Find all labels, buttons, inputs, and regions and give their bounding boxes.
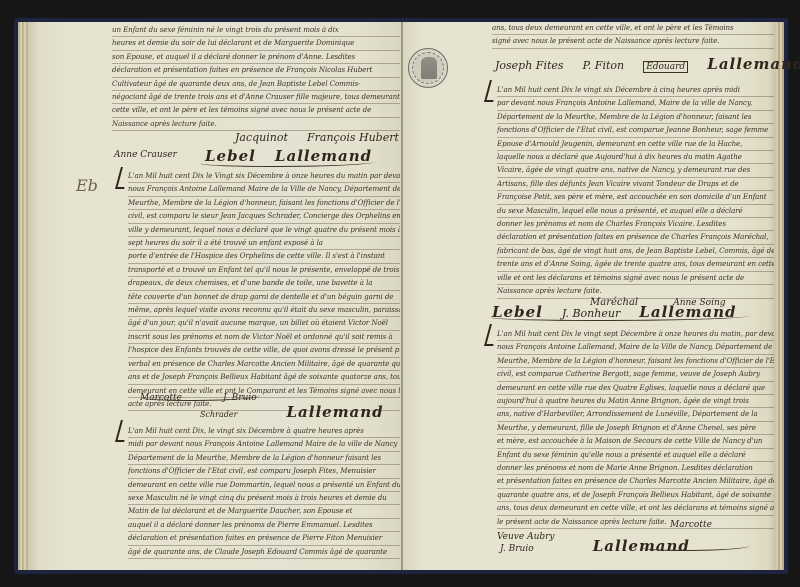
signature: Joseph Fites: [495, 59, 564, 72]
text-line: Cultivateur âgé de quarante deux ans, de…: [112, 78, 400, 91]
text-line: cette ville, et ont le père et les témoi…: [112, 104, 400, 117]
text-line: un Enfant du sexe féminin né le vingt tr…: [112, 24, 400, 37]
text-line: Françoise Petit, ses père et mère, est a…: [497, 191, 774, 204]
page-edges-right: [776, 22, 784, 570]
text-line: transporté et a trouvé un Enfant tel qu'…: [128, 264, 400, 277]
right-entry-4-signatures: Marcotte: [670, 512, 726, 531]
left-continuation-text: un Enfant du sexe féminin né le vingt tr…: [112, 24, 400, 131]
right-entry-3-text: L'an Mil huit cent Dix le vingt six Déce…: [497, 84, 774, 299]
text-line: L'an Mil huit cent Dix le vingt sept Déc…: [497, 328, 774, 341]
text-line: nous François Antoine Lallemand, Maire d…: [497, 341, 774, 354]
text-line: ans, native d'Harbeviller, Arrondissemen…: [497, 408, 774, 421]
text-line: demeurant en cette ville rue des Quatre …: [497, 382, 774, 395]
left-continuation-signatures-2: Anne Crauser: [114, 142, 191, 161]
text-line: L'an Mil huit cent Dix le vingt six Déce…: [497, 84, 774, 97]
text-line: sept heures du soir il a été trouvé un e…: [128, 237, 400, 250]
left-entry-1-signatures-2: Schrader Lallemand: [200, 402, 398, 421]
text-line: midi par devant nous François Antoine La…: [128, 438, 400, 451]
right-continuation-text: ans, tous deux demeurant en cette ville,…: [492, 22, 774, 49]
signature: Schrader: [200, 410, 237, 419]
signature: J. Bruio: [500, 544, 534, 554]
text-line: Département de la Meurthe, Membre de la …: [128, 452, 400, 465]
text-line: trente ans et d'Anne Soing, âgée de tren…: [497, 258, 774, 271]
text-line: aujourd'hui à quatre heures du Matin Ann…: [497, 395, 774, 408]
signature: Edouard: [643, 61, 688, 73]
text-line: Epouse d'Arnould Jeugenin, demeurant en …: [497, 138, 774, 151]
text-line: ans, tous deux demeurant en cette ville,…: [497, 502, 774, 515]
text-line: déclaration et présentation faites en pr…: [497, 231, 774, 244]
text-line: Artisans, fille des défunts Jean Vicaire…: [497, 178, 774, 191]
signature: François Hubert: [307, 131, 399, 144]
right-continuation-signatures: Joseph Fites P. Fiton Edouard Lallemand: [495, 54, 800, 73]
text-line: heures et demie du soir de lui déclarant…: [112, 37, 400, 50]
text-line: quarante quatre ans, et de Joseph Franço…: [497, 489, 774, 502]
signature: Marcotte: [670, 520, 712, 530]
mayor-signature: Lallemand: [286, 403, 383, 421]
text-line: signé avec nous le présent acte de Naiss…: [492, 35, 774, 48]
text-line: par devant nous François Antoine Lallema…: [497, 97, 774, 110]
signature: Anne Crauser: [114, 150, 177, 160]
text-line: inscrit sous les prénoms et nom de Victo…: [128, 331, 400, 344]
text-line: du sexe Masculin, lequel elle nous a pré…: [497, 205, 774, 218]
text-line: âgé d'un jour, qu'il n'avait aucune marq…: [128, 317, 400, 330]
text-line: tête couverte d'un bonnet de drap garni …: [128, 291, 400, 304]
left-continuation-signatures-1: Jacquinot François Hubert: [235, 126, 413, 145]
left-entry-1-text: L'an Mil huit cent Dix le Vingt six Déce…: [128, 170, 400, 411]
text-line: déclaration et présentation faites en pr…: [128, 532, 400, 545]
mayor-signature: Lallemand: [707, 55, 800, 73]
margin-annotation: Eb: [76, 176, 98, 195]
text-line: Meurthe, y demeurant, fille de Joseph Br…: [497, 422, 774, 435]
text-line: et présentation faites en présence de Ch…: [497, 475, 774, 488]
text-line: fonctions d'Officier de l'Etat civil, es…: [128, 465, 400, 478]
text-line: donner les prénoms et nom de Charles Fra…: [497, 218, 774, 231]
text-line: son Epouse, et auquel il a déclaré donne…: [112, 51, 400, 64]
text-line: ans et de Joseph François Bellieux Habit…: [128, 371, 400, 384]
text-line: civil, est comparue Catherine Bergott, s…: [497, 368, 774, 381]
text-line: fabricant de bas, âgé de vingt huit ans,…: [497, 245, 774, 258]
text-line: ans, tous deux demeurant en cette ville,…: [492, 22, 774, 35]
stamp-figure: [421, 57, 437, 79]
text-line: laquelle nous a déclaré que Aujourd'hui …: [497, 151, 774, 164]
text-line: ville et ont les déclarans et témoins si…: [497, 272, 774, 285]
signature: Jacquinot: [235, 131, 288, 144]
text-line: L'an Mil huit cent Dix, le vingt six Déc…: [128, 425, 400, 438]
text-line: civil, est comparu le sieur Jean Jacques…: [128, 210, 400, 223]
scanned-register-spread: un Enfant du sexe féminin né le vingt tr…: [0, 0, 800, 587]
text-line: négociant âgé de trente trois ans et d'A…: [112, 91, 400, 104]
text-line: L'an Mil huit cent Dix le Vingt six Déce…: [128, 170, 400, 183]
text-line: l'hospice des Enfants trouvés de cette v…: [128, 344, 400, 357]
text-line: Matin de lui déclarant et de Marguerite …: [128, 505, 400, 518]
seal-stamp-icon: [408, 48, 448, 88]
text-line: même, après lequel visite avons reconnu …: [128, 304, 400, 317]
text-line: nous François Antoine Lallemand Maire de…: [128, 183, 400, 196]
text-line: et mère, est accouchée à la Maison de Se…: [497, 435, 774, 448]
text-line: Meurthe, Membre de la Légion d'honneur, …: [128, 197, 400, 210]
signature: P. Fiton: [583, 59, 624, 72]
text-line: auquel il a déclaré donner les prénoms d…: [128, 519, 400, 532]
text-line: drapeaux, de deux chemises, et d'une ban…: [128, 277, 400, 290]
text-line: donner les prénoms et nom de Marie Anne …: [497, 462, 774, 475]
text-line: Enfant du sexe féminin qu'elle nous a pr…: [497, 449, 774, 462]
text-line: Meurthe, Membre de la Légion d'honneur, …: [497, 355, 774, 368]
text-line: fonctions d'Officier de l'Etat civil, es…: [497, 124, 774, 137]
text-line: âgé de quarante ans, de Claude Joseph Ed…: [128, 546, 400, 559]
text-line: déclaration et présentation faites en pr…: [112, 64, 400, 77]
text-line: sexe Masculin né le vingt cinq du présen…: [128, 492, 400, 505]
text-line: Vicaire, âgée de vingt quatre ans, nativ…: [497, 164, 774, 177]
text-line: Département de la Meurthe, Membre de la …: [497, 111, 774, 124]
right-entry-4-text: L'an Mil huit cent Dix le vingt sept Déc…: [497, 328, 774, 529]
text-line: verbal en présence de Charles Marcotte A…: [128, 358, 400, 371]
text-line: demeurant en cette ville rue Dommartin, …: [128, 479, 400, 492]
text-line: porte d'entrée de l'Hospice des Orphelin…: [128, 250, 400, 263]
left-entry-2-text: L'an Mil huit cent Dix, le vingt six Déc…: [128, 425, 400, 559]
text-line: ville y demeurant, lequel nous a déclaré…: [128, 224, 400, 237]
page-edges-left: [18, 22, 28, 570]
